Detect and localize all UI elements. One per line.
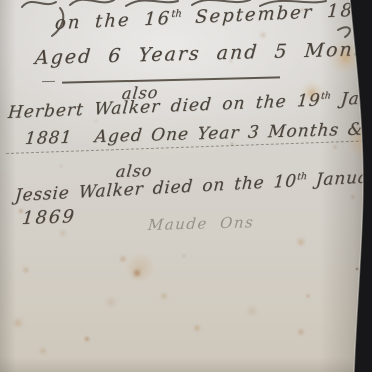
entry-herbert-year: 1881 — [24, 128, 73, 149]
entry-jessie-year: 1869 — [21, 206, 77, 229]
pencil-note: Maude Ons — [147, 213, 255, 234]
entry-jessie-line1: Jessie Walker died on the 10th January — [14, 166, 372, 206]
entry-herbert-line1: Herbert Walker died on the 19th January — [7, 87, 372, 123]
age-underline-rule — [62, 73, 280, 83]
entry-top-date-line: on the 16th September 1880 — [54, 0, 372, 34]
register-page-photo: on the 16th September 1880 Aged 6 Years … — [0, 0, 372, 372]
foxing-spots — [0, 0, 2, 2]
entry-top-age-line: Aged 6 Years and 5 Months — [34, 38, 372, 69]
